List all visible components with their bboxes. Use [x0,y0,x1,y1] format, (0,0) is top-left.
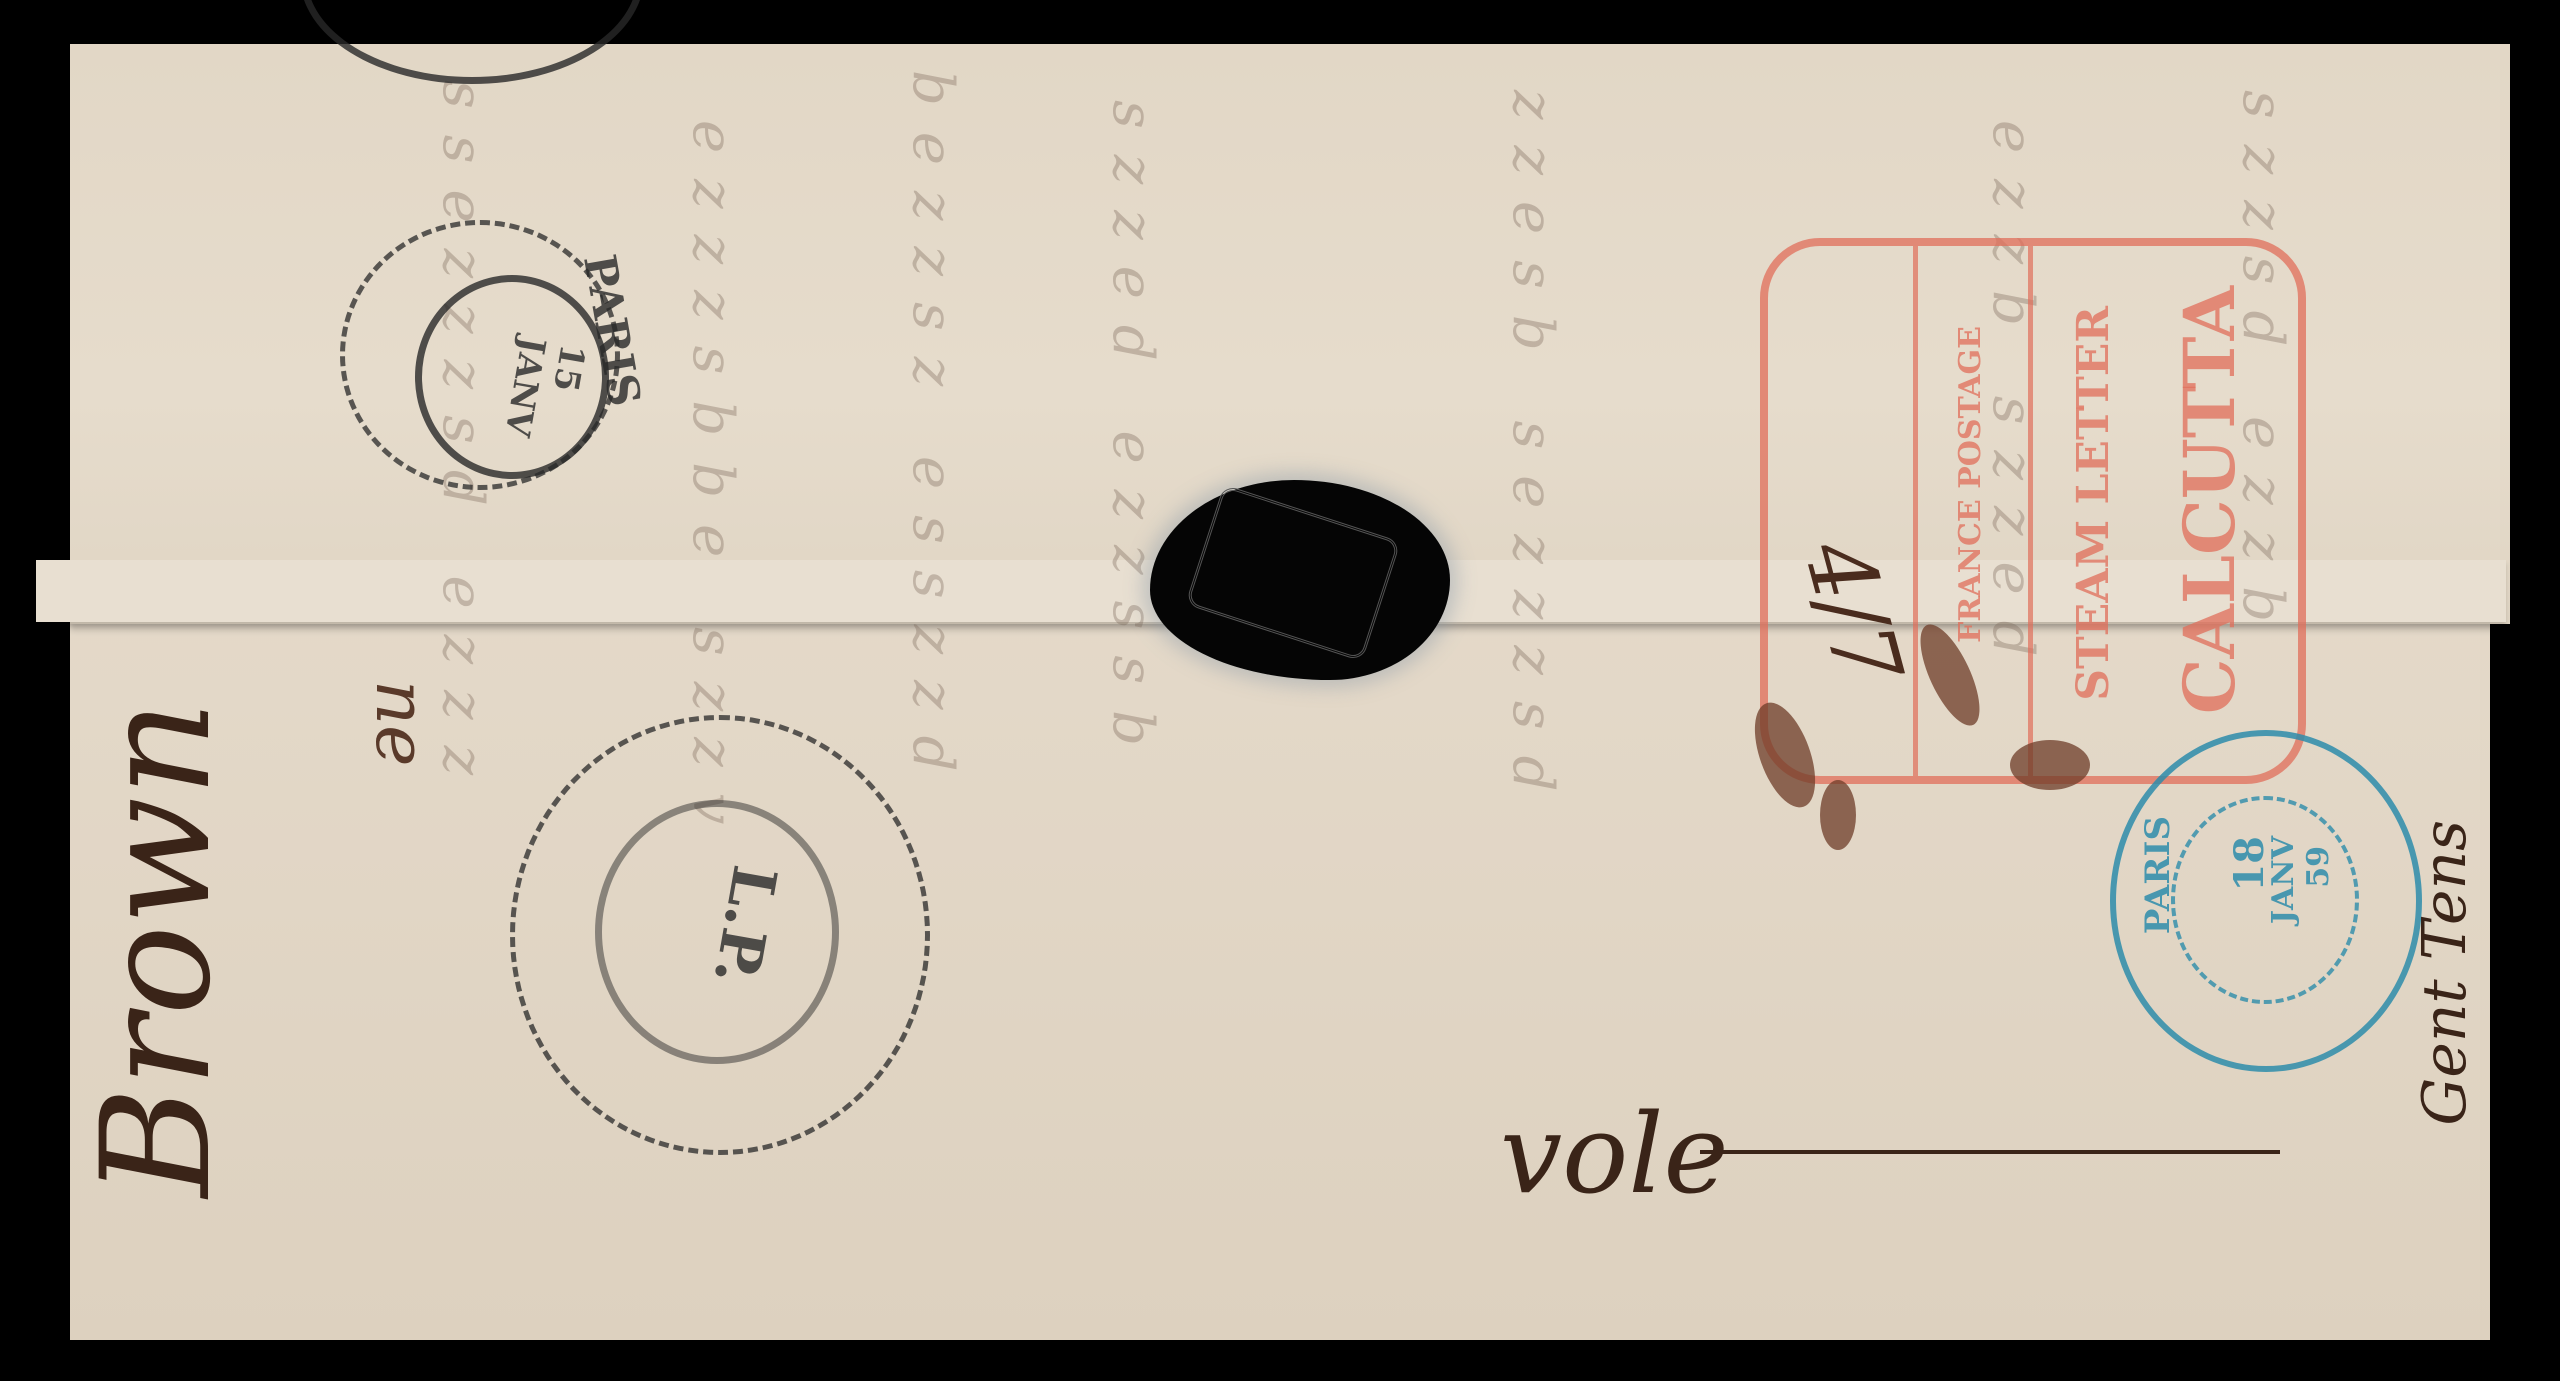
paris-city: PARIS [2138,816,2178,934]
bleed-through-script: bezzsz esszzd [900,70,965,798]
blue-postmark-inner-ring [2171,796,2359,1004]
red-boxed-marking: CALCUTTA STEAM LETTER FRANCE POSTAGE [1760,238,2306,784]
red-line-1: CALCUTTA [2168,286,2251,714]
blue-paris-postmark: PARIS 18 JANV 59 [2110,730,2422,1072]
bleed-through-script: zzesb sezzzsd [1500,90,1565,818]
seal-frame [1185,484,1401,661]
black-postmark-center-inner [595,800,839,1064]
manuscript-left-name: Brown [70,700,244,1197]
brown-crayon-mark [2010,740,2090,790]
red-box-divider [2028,246,2033,776]
black-postmark-upper: PARIS 15 JANV [340,220,620,490]
manuscript-line [1700,1150,2280,1154]
paris-year: 59 [2301,846,2336,888]
black-postmark-center: L.P. [510,715,930,1155]
brown-crayon-mark [1820,780,1856,850]
red-box-divider [1913,246,1918,776]
manuscript-bottom-right: vole [1500,1090,1729,1218]
black-postmark-inner-ring [415,275,609,479]
manuscript-fold-note: ne [360,680,442,767]
black-wax-seal [1150,480,1450,680]
paris-month: JANV [2266,836,2301,924]
red-line-3: FRANCE POSTAGE [1953,326,1988,643]
red-line-2: STEAM LETTER [2068,306,2119,701]
bleed-through-script: szzed ezzssb [1100,100,1165,772]
manuscript-right-edge: Gent Tens [2410,820,2480,1126]
